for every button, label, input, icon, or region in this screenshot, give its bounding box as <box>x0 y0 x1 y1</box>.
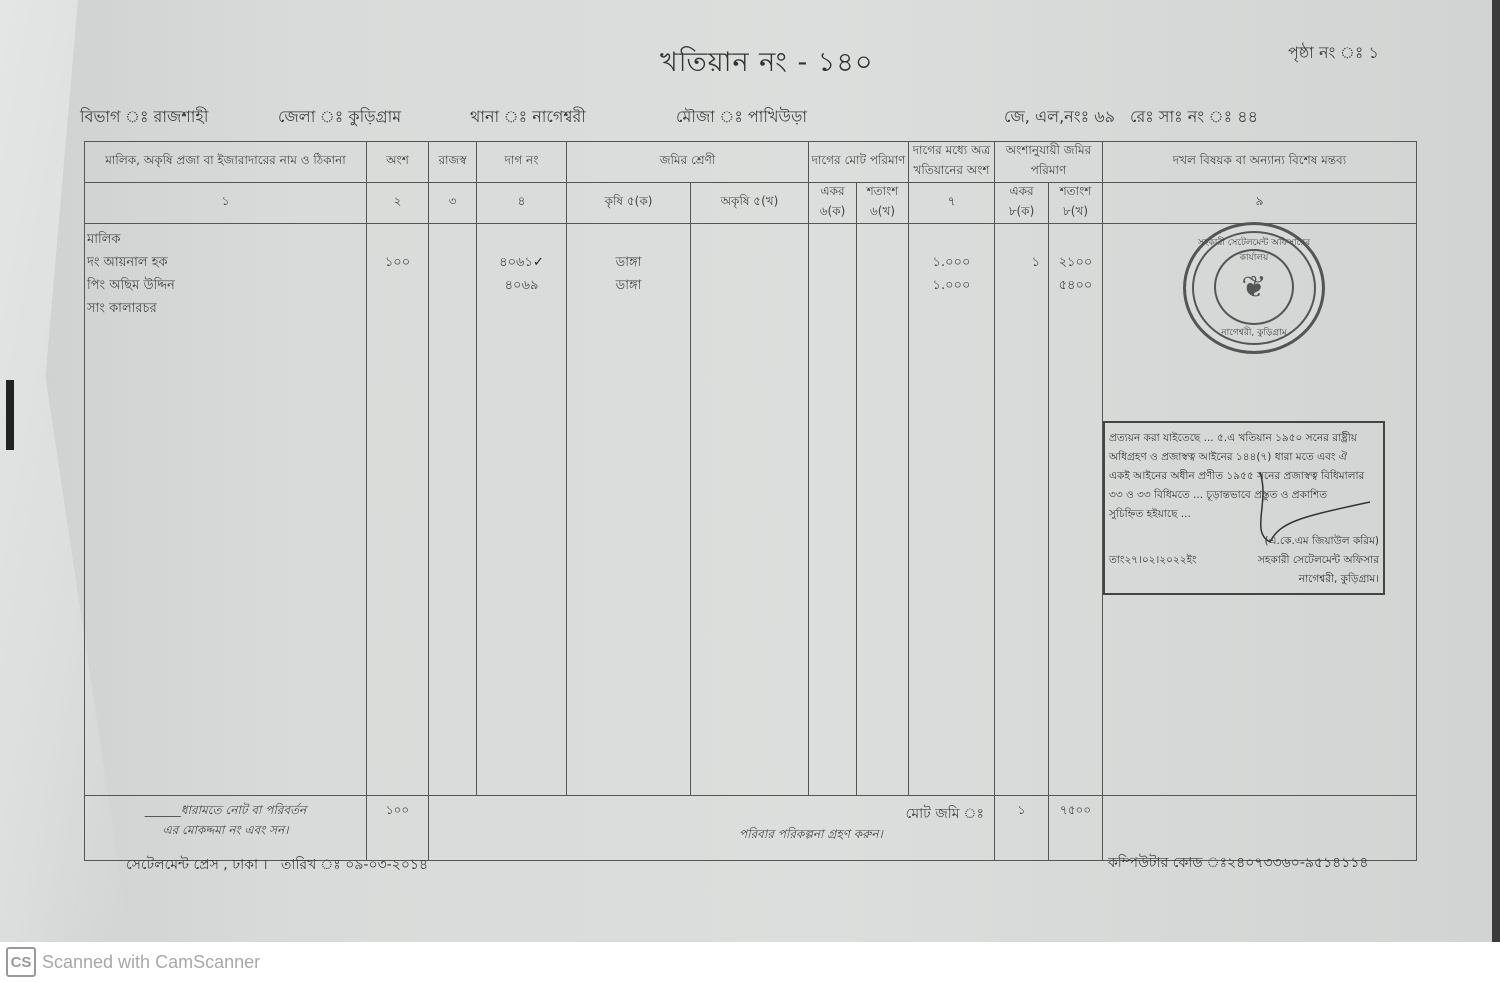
total-land-label: মোট জমি ঃ <box>906 802 984 826</box>
decimal-value: ৫৪০০ <box>1051 274 1100 297</box>
dag-cell: ৪০৬১✓ ৪০৬৯ <box>477 224 567 796</box>
footer-total-decimal: ৭৫০০ <box>1049 796 1103 861</box>
owner-label: মালিক <box>87 228 364 251</box>
owner-name: দং আয়নাল হক <box>87 251 364 274</box>
family-planning-slogan: পরিবার পরিকল্পনা গ্রহণ করুন। <box>739 826 883 846</box>
khatian-title: খতিয়ান নং - ১৪০ <box>660 42 873 87</box>
official-seal: সহকারী সেটেলমেন্ট অফিসারের কার্যালয় ❦ ন… <box>1183 222 1325 354</box>
thana: থানা ঃ নাগেশ্বরী <box>470 104 586 131</box>
owner-father: পিং অছিম উদ্দিন <box>87 274 364 297</box>
header-acre-6a: একর ৬(ক) <box>809 183 857 224</box>
acre-value <box>997 274 1046 297</box>
signature-icon <box>1240 462 1380 552</box>
header-decimal-8b: শতাংশ ৮(খ) <box>1049 183 1103 224</box>
share-in-dag: ১.০০০ <box>911 274 992 297</box>
share-in-dag: ১.০০০ <box>911 251 992 274</box>
header-khatian-share: দাগের মধ্যে অত্র খতিয়ানের অংশ <box>909 142 995 183</box>
footer-total-acre: ১ <box>995 796 1049 861</box>
print-date: তারিখ ঃ ০৯-০৩-২০১৪ <box>281 857 428 873</box>
colnum-3: ৩ <box>429 183 477 224</box>
owner-share: ১০০ <box>369 251 426 274</box>
cert-date: তাং২৭।০২।২০২২ইং <box>1109 551 1197 570</box>
dag-number: ৪০৬১ <box>499 255 533 270</box>
header-share: অংশ <box>367 142 429 183</box>
header-acre-8a: একর ৮(ক) <box>995 183 1049 224</box>
printer-info: সেটেলমেন্ট প্রেস , ঢাকা । তারিখ ঃ ০৯-০৩-… <box>126 853 428 877</box>
mouza: মৌজা ঃ পাখিউড়া <box>676 104 807 131</box>
background-edge <box>1492 0 1500 942</box>
district: জেলা ঃ কুড়িগ্রাম <box>278 104 401 131</box>
share-cell: ১০০ <box>367 224 429 796</box>
khatian-share-cell: ১.০০০ ১.০০০ <box>909 224 995 796</box>
seal-emblem-icon: ❦ <box>1214 249 1294 325</box>
scanner-watermark-bar: CS Scanned with CamScanner <box>0 942 1500 982</box>
decimal-6b-cell <box>857 224 909 796</box>
registration-number: রেঃ সাঃ নং ঃ ৪৪ <box>1130 104 1258 131</box>
land-class: ডাঙ্গা <box>569 274 688 297</box>
page-number: পৃষ্ঠা নং ঃ ১ <box>1288 40 1379 67</box>
nonagri-cell <box>691 224 809 796</box>
land-class: ডাঙ্গা <box>569 251 688 274</box>
header-decimal-6b: শতাংশ ৬(খ) <box>857 183 909 224</box>
footer-share-total: ১০০ <box>367 796 429 861</box>
background-gap <box>6 380 14 450</box>
seal-bottom-text: নাগেশ্বরী, কুড়িগ্রাম <box>1186 325 1322 340</box>
cert-office: সহকারী সেটেলমেন্ট অফিসার <box>1258 551 1379 570</box>
header-owner: মালিক, অকৃষি প্রজা বা ইজারাদারের নাম ও ঠ… <box>85 142 367 183</box>
header-land-class: জমির শ্রেণী <box>567 142 809 183</box>
printer-name: সেটেলমেন্ট প্রেস , ঢাকা । <box>126 857 268 873</box>
header-remarks: দখল বিষয়ক বা অন্যান্য বিশেষ মন্তব্য <box>1103 142 1417 183</box>
colnum-4: ৪ <box>477 183 567 224</box>
jl-number: জে, এল,নংঃ ৬৯ <box>1004 104 1115 131</box>
footer-note-line2: এর মোকদ্দমা নং এবং সন। <box>87 822 364 842</box>
revenue-cell <box>429 224 477 796</box>
acre-6a-cell <box>809 224 857 796</box>
colnum-1: ১ <box>85 183 367 224</box>
footer-middle-cell: মোট জমি ঃ পরিবার পরিকল্পনা গ্রহণ করুন। <box>429 796 995 861</box>
footer-note-cell: ______ধারামতে নোট বা পরিবর্তন এর মোকদ্দম… <box>85 796 367 861</box>
dag-number: ৪০৬৯ <box>479 274 564 297</box>
footer-note-line1: ______ধারামতে নোট বা পরিবর্তন <box>87 802 364 822</box>
colnum-7: ৭ <box>909 183 995 224</box>
decimal-value: ২১০০ <box>1051 251 1100 274</box>
decimal-8b-cell: ২১০০ ৫৪০০ <box>1049 224 1103 796</box>
colnum-2: ২ <box>367 183 429 224</box>
agri-cell: ডাঙ্গা ডাঙ্গা <box>567 224 691 796</box>
computer-code: কম্পিউটার কোড ঃ২৪০৭৩৩৬০-৯৫১৪১১৪ <box>1108 851 1369 875</box>
header-agri: কৃষি ৫(ক) <box>567 183 691 224</box>
acre-8a-cell: ১ <box>995 224 1049 796</box>
header-dag-no: দাগ নং <box>477 142 567 183</box>
owner-cell: মালিক দং আয়নাল হক পিং অছিম উদ্দিন সাং ক… <box>85 224 367 796</box>
header-nonagri: অকৃষি ৫(খ) <box>691 183 809 224</box>
header-dag-total: দাগের মোট পরিমাণ <box>809 142 909 183</box>
cert-line: প্রত্যয়ন করা যাইতেছে ... ৫.এ খতিয়ান ১৯… <box>1109 429 1379 448</box>
header-revenue: রাজস্ব <box>429 142 477 183</box>
colnum-9: ৯ <box>1103 183 1417 224</box>
camscanner-logo-icon: CS <box>6 947 36 977</box>
division: বিভাগ ঃ রাজশাহী <box>80 104 208 131</box>
owner-address: সাং কালারচর <box>87 297 364 320</box>
checkmark-icon: ✓ <box>533 255 544 270</box>
acre-value: ১ <box>997 251 1046 274</box>
cert-place: নাগেশ্বরী, কুড়িগ্রাম। <box>1109 570 1379 589</box>
header-land-amount: অংশানুযায়ী জমির পরিমাণ <box>995 142 1103 183</box>
camscanner-watermark: Scanned with CamScanner <box>42 952 260 973</box>
